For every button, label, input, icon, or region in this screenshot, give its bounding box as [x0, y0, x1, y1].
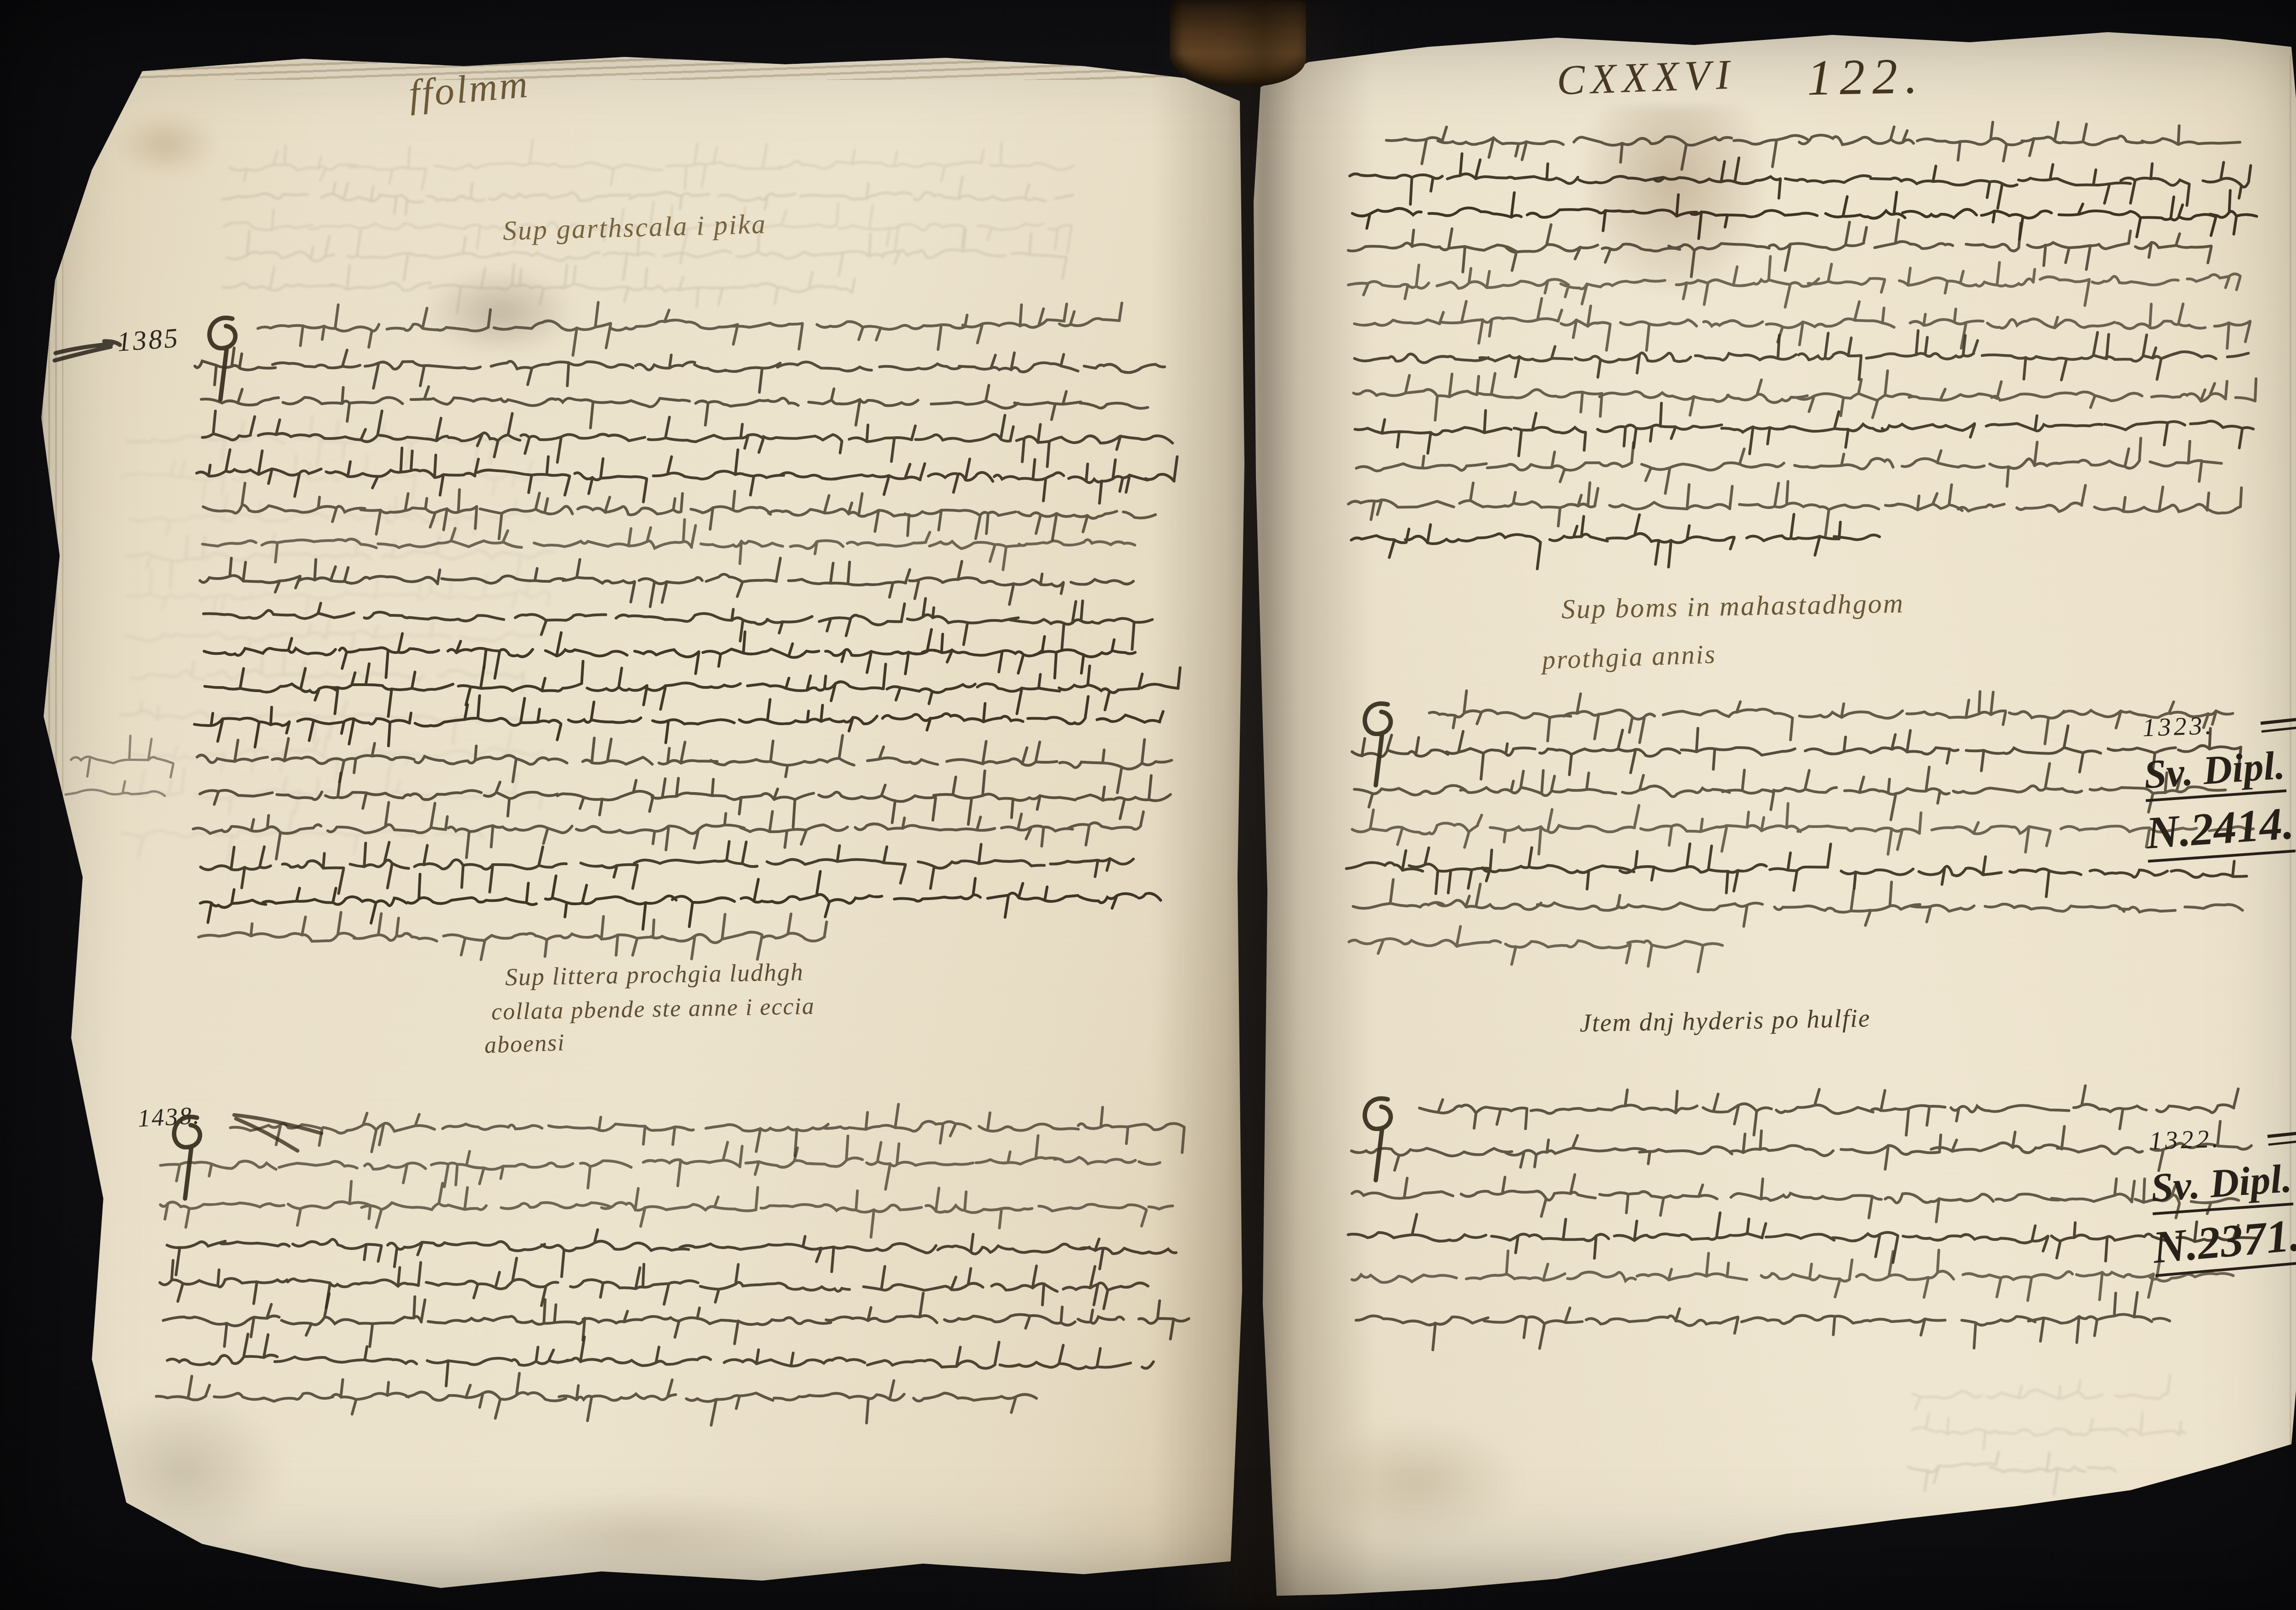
- margin-year-1385: 1385: [116, 324, 180, 355]
- handwriting-paragraph-1438: [156, 1107, 1231, 1447]
- page-stack-edge-top: [83, 51, 1208, 80]
- folio-number-roman: CXXXVI: [1556, 53, 1736, 101]
- right-page: CXXXVI 122. Sup boms in mahastadhgom pro…: [1235, 18, 2296, 1607]
- pen-mark: [53, 333, 122, 365]
- left-chapter-heading: Sup garthscala i pika: [502, 210, 767, 244]
- right-heading-line: prothgia annis: [1542, 641, 1717, 673]
- pen-trial-inscription: ffolmm: [407, 64, 531, 114]
- showthrough-text: [1901, 1373, 2200, 1515]
- page-stack-edge-left: [28, 69, 63, 1584]
- left-page: ffolmm Sup garthscala i pika 1385 Sup li…: [28, 51, 1267, 1607]
- annotation-number: N.2414.: [2144, 800, 2296, 862]
- margin-annotation-1322: 1322. Sv. Dipl. N.2371.: [2149, 1122, 2296, 1273]
- right-heading-line: Sup boms in mahastadhgom: [1561, 589, 1905, 623]
- item-heading: Jtem dnj hyderis po hulfie: [1580, 1005, 1871, 1036]
- left-subheading-line: Sup littera prochgia ludhgh: [505, 959, 804, 989]
- manuscript-photo: ffolmm Sup garthscala i pika 1385 Sup li…: [0, 0, 2296, 1610]
- stain: [1290, 1405, 1548, 1557]
- left-subheading-line: collata pbende ste anne i eccia: [491, 995, 815, 1024]
- annotation-source: Sv. Dipl.: [2150, 1159, 2294, 1215]
- book-spine-leather: [1170, 0, 1306, 86]
- annotation-number: N.2371.: [2151, 1212, 2296, 1277]
- handwriting-paragraph-1385: [193, 308, 1212, 985]
- folio-number-arabic: 122.: [1806, 51, 1925, 103]
- stain: [418, 1483, 868, 1584]
- left-subheading-line: aboensi: [484, 1031, 565, 1058]
- annotation-source: Sv. Dipl.: [2143, 745, 2287, 802]
- handwriting-paragraph-top: [1345, 119, 2296, 587]
- margin-scribble: [60, 739, 174, 838]
- margin-annotation-1323: 1323. Sv. Dipl. N.2414.: [2142, 709, 2296, 860]
- stain: [96, 101, 234, 188]
